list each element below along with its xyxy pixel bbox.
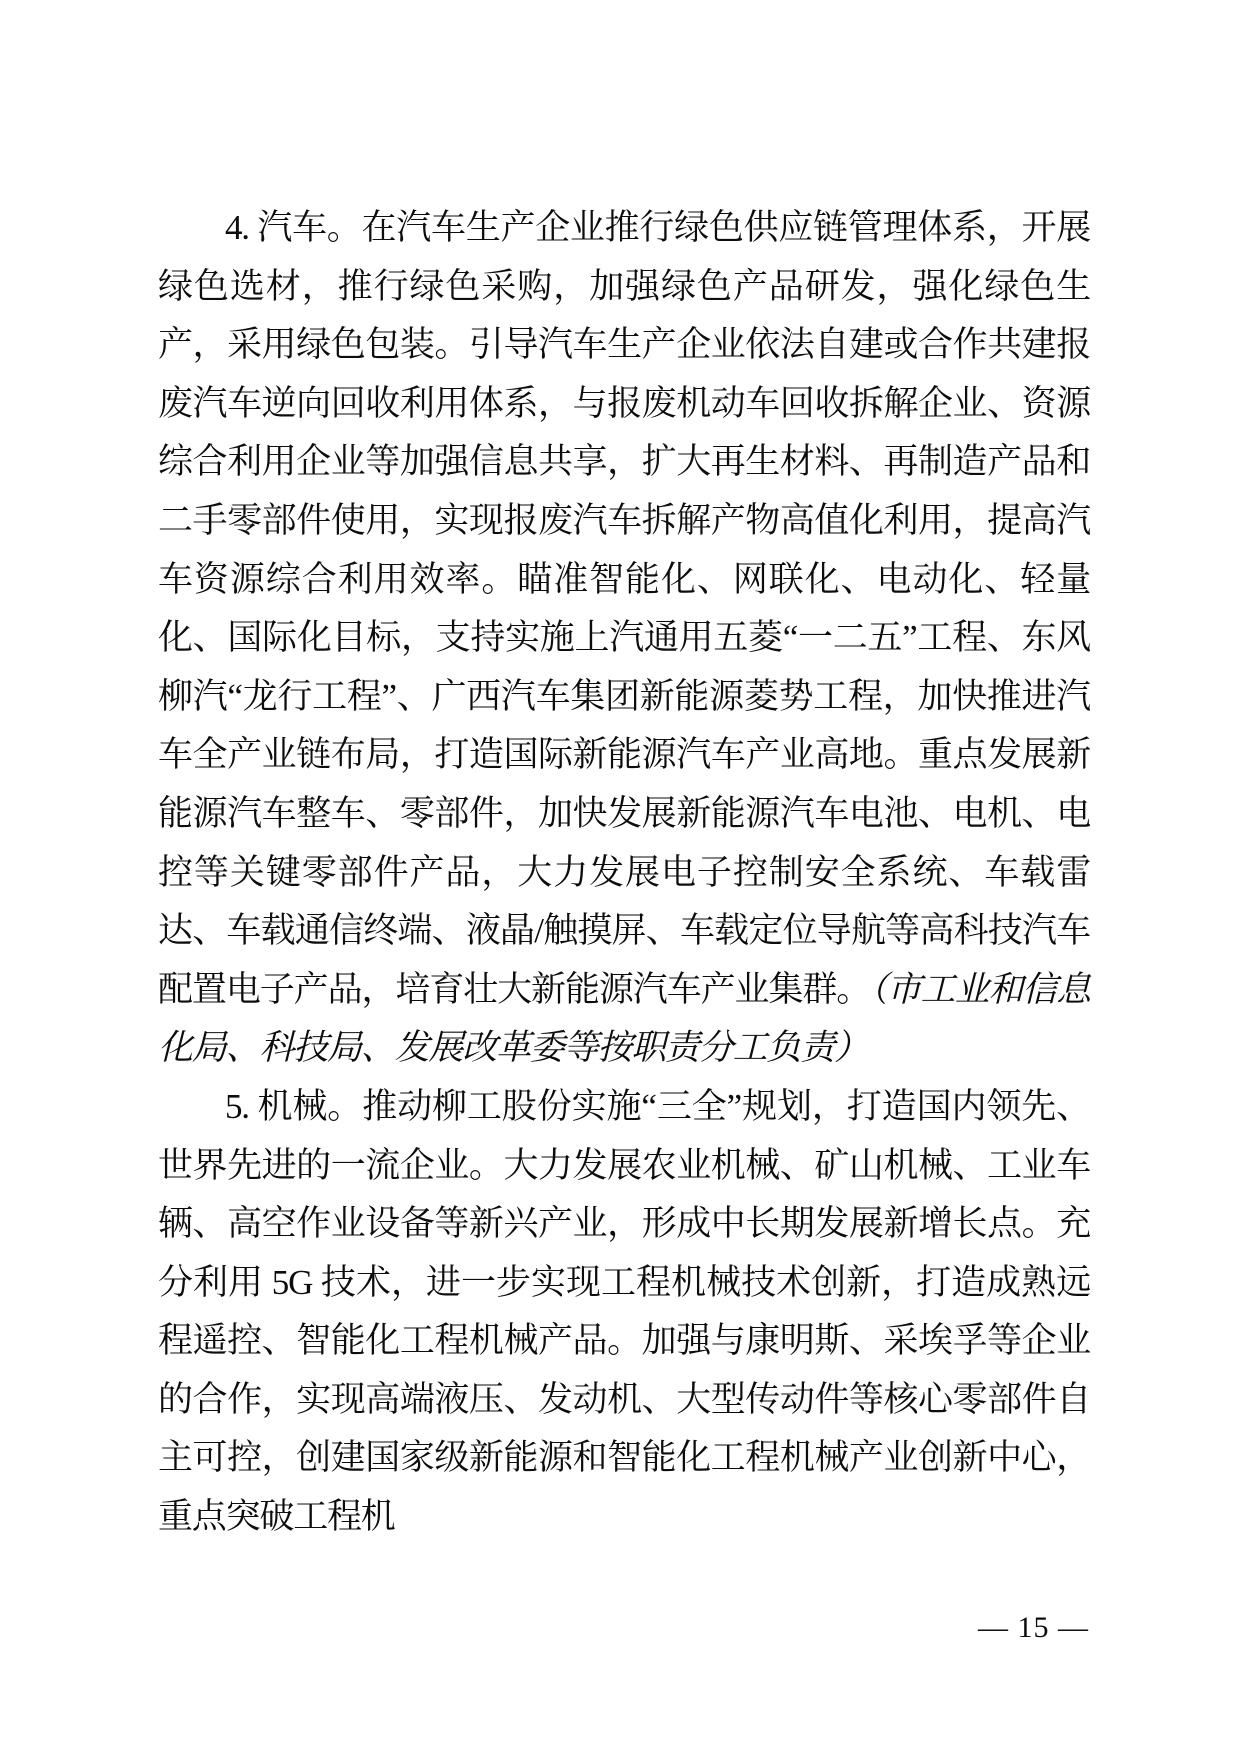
page-number: — 15 —	[978, 1608, 1089, 1648]
paragraph-4-automobile: 4. 汽车。在汽车生产企业推行绿色供应链管理体系，开展绿色选材，推行绿色采购，加…	[158, 199, 1090, 1078]
document-page: 4. 汽车。在汽车生产企业推行绿色供应链管理体系，开展绿色选材，推行绿色采购，加…	[0, 0, 1241, 1755]
document-text-block: 4. 汽车。在汽车生产企业推行绿色供应链管理体系，开展绿色选材，推行绿色采购，加…	[158, 199, 1090, 1547]
paragraph-5-machinery-segment-body: 5. 机械。推动柳工股份实施“三全”规划，打造国内领先、世界先进的一流企业。大力…	[158, 1087, 1090, 1536]
paragraph-5-machinery: 5. 机械。推动柳工股份实施“三全”规划，打造国内领先、世界先进的一流企业。大力…	[158, 1078, 1090, 1547]
paragraph-4-automobile-segment-body: 4. 汽车。在汽车生产企业推行绿色供应链管理体系，开展绿色选材，推行绿色采购，加…	[158, 208, 1090, 1009]
